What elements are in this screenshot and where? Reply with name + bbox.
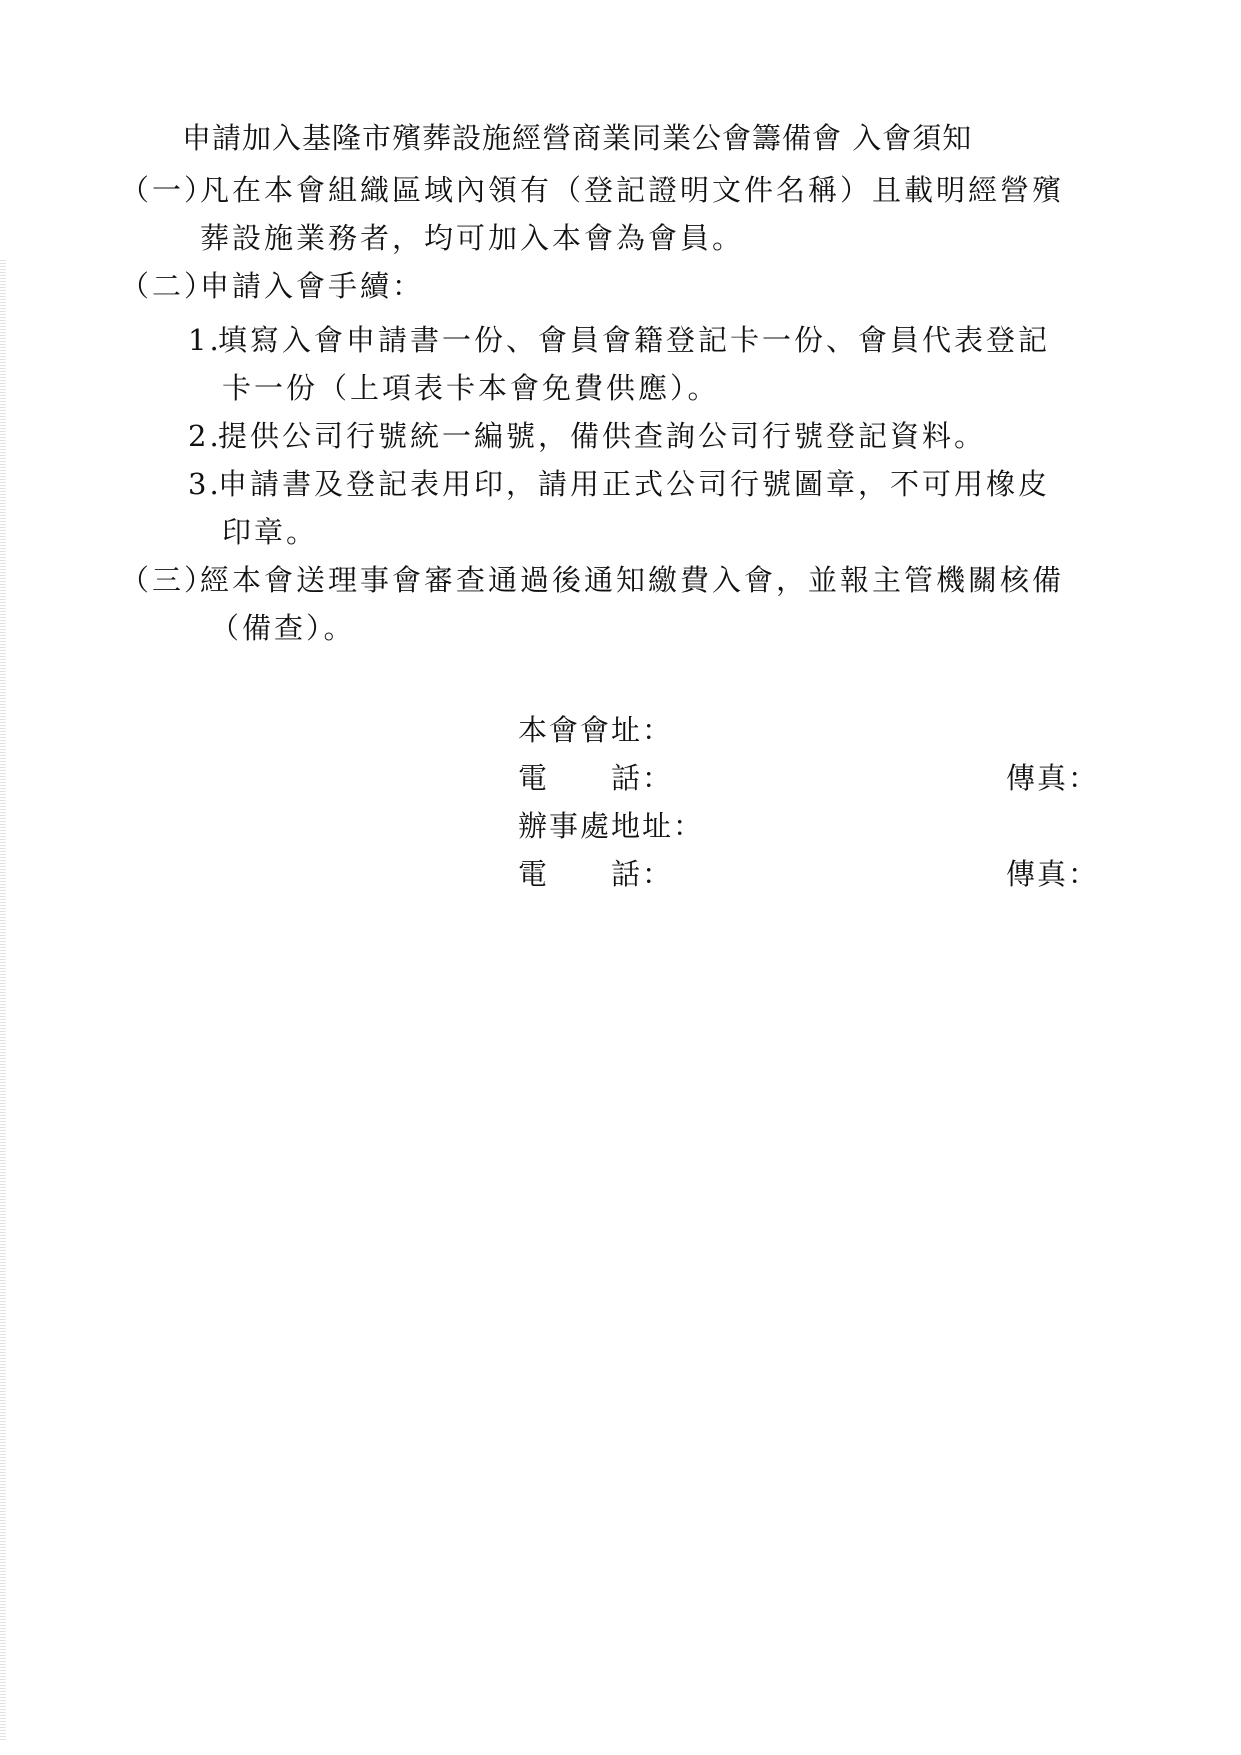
item-3-number: 3. (188, 470, 222, 499)
association-address-label: 本會會址： (518, 716, 673, 745)
phone-label-1: 電 話： (518, 764, 673, 793)
item-1-line-2: 卡一份（上項表卡本會免費供應）。 (222, 374, 720, 403)
fax-label-1: 傳真： (1006, 764, 1099, 793)
item-3-line-1: 申請書及登記表用印，請用正式公司行號圖章，不可用橡皮 (218, 470, 1050, 499)
section-3-line-1: 經本會送理事會審查通過後通知繳費入會，並報主管機關核備 (200, 566, 1064, 595)
item-1-line-1: 填寫入會申請書一份、會員會籍登記卡一份、會員代表登記 (218, 326, 1050, 355)
section-2-heading: 申請入會手續： (200, 272, 424, 301)
section-3-line-2: （備查）。 (210, 614, 356, 643)
section-1-line-1: 凡在本會組織區域內領有（登記證明文件名稱）且載明經營殯 (200, 176, 1064, 205)
item-3-line-2: 印章。 (222, 518, 318, 547)
scan-edge-artifact (0, 260, 6, 1740)
item-1-number: 1. (188, 326, 222, 355)
fax-label-2: 傳真： (1006, 860, 1099, 889)
section-1-line-2: 葬設施業務者，均可加入本會為會員。 (200, 224, 744, 253)
item-2-number: 2. (188, 422, 222, 451)
phone-label-2: 電 話： (518, 860, 673, 889)
item-2-line-1: 提供公司行號統一編號，備供查詢公司行號登記資料。 (218, 422, 986, 451)
office-address-label: 辦事處地址： (518, 812, 704, 841)
page-title: 申請加入基隆市殯葬設施經營商業同業公會籌備會 入會須知 (182, 116, 972, 157)
